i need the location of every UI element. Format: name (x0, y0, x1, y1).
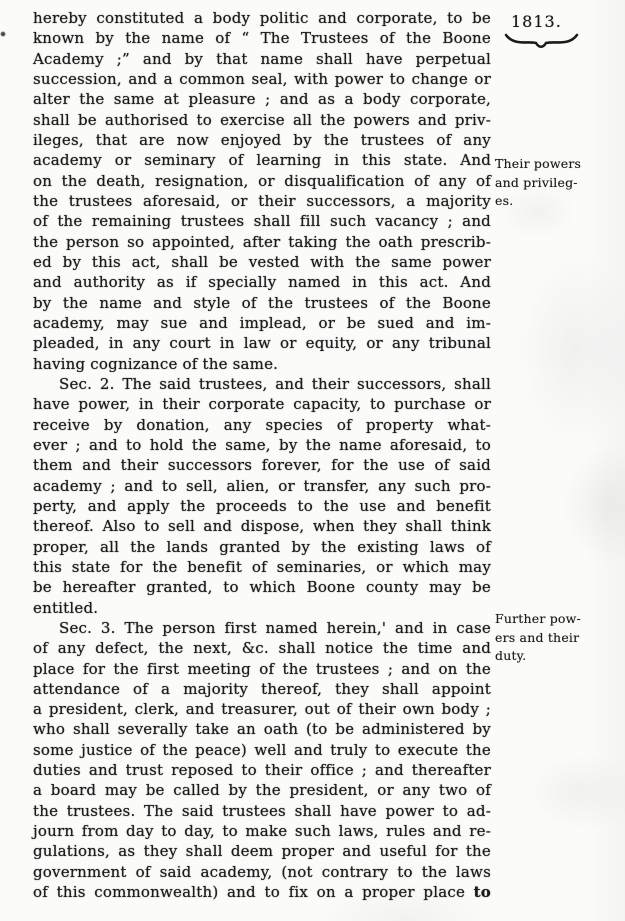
text-line: government of said academy, (not contrar… (33, 862, 491, 882)
text-line: ileges, that are now enjoyed by the trus… (33, 130, 491, 150)
text-line: some justice of the peace) well and trul… (33, 740, 491, 760)
text-line: place for the first meeting of the trust… (33, 659, 491, 679)
text-line: of this commonwealth) and to fix on a pr… (33, 882, 491, 902)
text-line: this state for the benefit of seminaries… (33, 557, 491, 577)
scanned-document-page: hereby constituted a body politic and co… (0, 0, 625, 921)
text-line: Academy ;” and by that name shall have p… (33, 49, 491, 69)
text-line: hereby constituted a body politic and co… (33, 8, 491, 28)
text-line: academy or seminary of learning in this … (33, 150, 491, 170)
text-line: a board may be called by the president, … (33, 780, 491, 800)
year-brace-squiggle (503, 31, 581, 51)
text-line: of any defect, the next, &c. shall notic… (33, 638, 491, 658)
text-line: academy, may sue and implead, or be sued… (33, 313, 491, 333)
sidenote-line: and privileg- (495, 174, 615, 193)
document-body-text: hereby constituted a body politic and co… (33, 8, 491, 902)
text-line: entitled. (33, 598, 491, 618)
text-line: ever ; and to hold the same, by the name… (33, 435, 491, 455)
text-line: thereof. Also to sell and dispose, when … (33, 516, 491, 536)
text-line: academy ; and to sell, alien, or transfe… (33, 476, 491, 496)
text-line: the person so appointed, after taking th… (33, 232, 491, 252)
sidenote-line: ers and their (495, 629, 615, 648)
text-line: on the death, resignation, or disqualifi… (33, 171, 491, 191)
text-line: Sec. 2. The said trustees, and their suc… (33, 374, 491, 394)
text-line: have power, in their corporate capacity,… (33, 394, 491, 414)
text-line: be hereafter granted, to which Boone cou… (33, 577, 491, 597)
text-line: known by the name of “ The Trustees of t… (33, 28, 491, 48)
text-line: them and their successors forever, for t… (33, 455, 491, 475)
sidenote-line: duty. (495, 647, 615, 666)
text-line: receive by donation, any species of prop… (33, 415, 491, 435)
text-line: proper, all the lands granted by the exi… (33, 537, 491, 557)
text-line: the trustees. The said trustees shall ha… (33, 801, 491, 821)
text-line: who shall severally take an oath (to be … (33, 719, 491, 739)
sidenote-line: es. (495, 192, 615, 211)
text-line: alter the same at pleasure ; and as a bo… (33, 89, 491, 109)
text-line: and authority as if specially named in t… (33, 272, 491, 292)
text-line: Sec. 3. The person first named herein,' … (33, 618, 491, 638)
text-line: shall be authorised to exercise all the … (33, 110, 491, 130)
text-line: perty, and apply the proceeds to the use… (33, 496, 491, 516)
text-line: ed by this act, shall be vested with the… (33, 252, 491, 272)
text-line: succession, and a common seal, with powe… (33, 69, 491, 89)
text-line: pleaded, in any court in law or equity, … (33, 333, 491, 353)
sidenote-powers-privileges: Their powersand privileg-es. (495, 155, 615, 211)
text-line: a president, clerk, and treasurer, out o… (33, 699, 491, 719)
text-line: journ from day to day, to make such laws… (33, 821, 491, 841)
text-line: duties and trust reposed to their office… (33, 760, 491, 780)
sidenote-line: Their powers (495, 155, 615, 174)
text-line: having cognizance of the same. (33, 354, 491, 374)
text-line: of the remaining trustees shall fill suc… (33, 211, 491, 231)
catchword: to (474, 883, 491, 901)
text-line: the trustees aforesaid, or their success… (33, 191, 491, 211)
sidenote-further-powers-duty: Further pow-ers and theirduty. (495, 610, 615, 666)
text-line: attendance of a majority thereof, they s… (33, 679, 491, 699)
text-line: by the name and style of the trustees of… (33, 293, 491, 313)
text-line: gulations, as they shall deem proper and… (33, 841, 491, 861)
year-label: 1813. (511, 12, 562, 31)
sidenote-line: Further pow- (495, 610, 615, 629)
